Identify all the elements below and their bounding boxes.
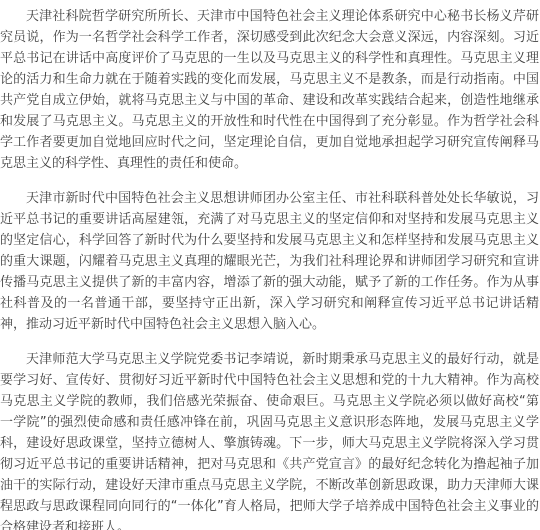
article-paragraph-3: 天津师范大学马克思主义学院党委书记李靖说，新时期秉承马克思主义的最好行动，就是要…: [0, 349, 539, 530]
article-paragraph-2: 天津市新时代中国特色社会主义思想讲师团办公室主任、市社科联科普处处长华敏说，习近…: [0, 188, 539, 335]
article-body: 天津社科院哲学研究所所长、天津市中国特色社会主义理论体系研究中心秘书长杨义芹研究…: [0, 0, 540, 530]
article-paragraph-1: 天津社科院哲学研究所所长、天津市中国特色社会主义理论体系研究中心秘书长杨义芹研究…: [0, 6, 539, 174]
